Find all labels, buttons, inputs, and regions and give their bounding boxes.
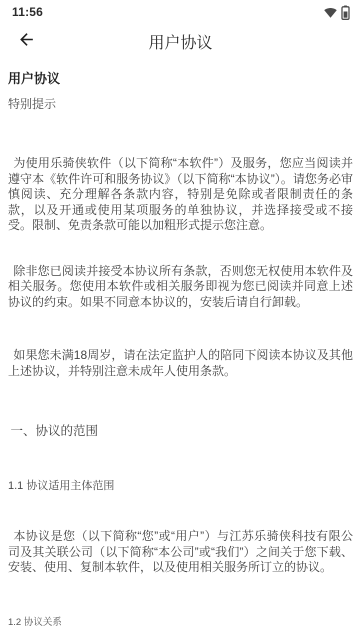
user-agreement-screen: 11:56 用户协议: [0, 0, 361, 642]
app-bar: 用户协议: [0, 24, 361, 58]
wifi-icon: [324, 6, 337, 18]
paragraph: 为使用乐骑侠软件（以下简称“本软件”）及服务，您应当阅读并遵守本《软件许可和服务…: [8, 156, 353, 234]
section-1-heading: 一、协议的范围: [8, 421, 353, 439]
paragraph: 除非您已阅读并接受本协议所有条款，否则您无权使用本软件及相关服务。您使用本软件或…: [8, 264, 353, 311]
paragraph: 如果您未满18周岁，请在法定监护人的陪同下阅读本协议及其他上述协议，并特别注意未…: [8, 348, 353, 379]
status-time: 11:56: [12, 5, 43, 19]
page-title: 用户协议: [0, 30, 361, 53]
agreement-content[interactable]: 用户协议 特别提示 为使用乐骑侠软件（以下简称“本软件”）及服务，您应当阅读并遵…: [0, 58, 361, 642]
back-button[interactable]: [14, 29, 38, 53]
section-1-1-heading: 1.1 协议适用主体范围: [8, 477, 353, 493]
status-icons: [324, 5, 350, 20]
status-bar: 11:56: [0, 0, 361, 24]
doc-subtitle: 特别提示: [8, 95, 353, 112]
paragraph: 本协议是您（以下简称“您”或“用户”）与江苏乐骑侠科技有限公司及其关联公司（以下…: [8, 529, 353, 576]
doc-title: 用户协议: [8, 68, 353, 87]
section-1-2-heading: 1.2 协议关系: [8, 614, 353, 628]
battery-icon: [341, 5, 350, 20]
back-arrow-icon: [17, 30, 36, 52]
